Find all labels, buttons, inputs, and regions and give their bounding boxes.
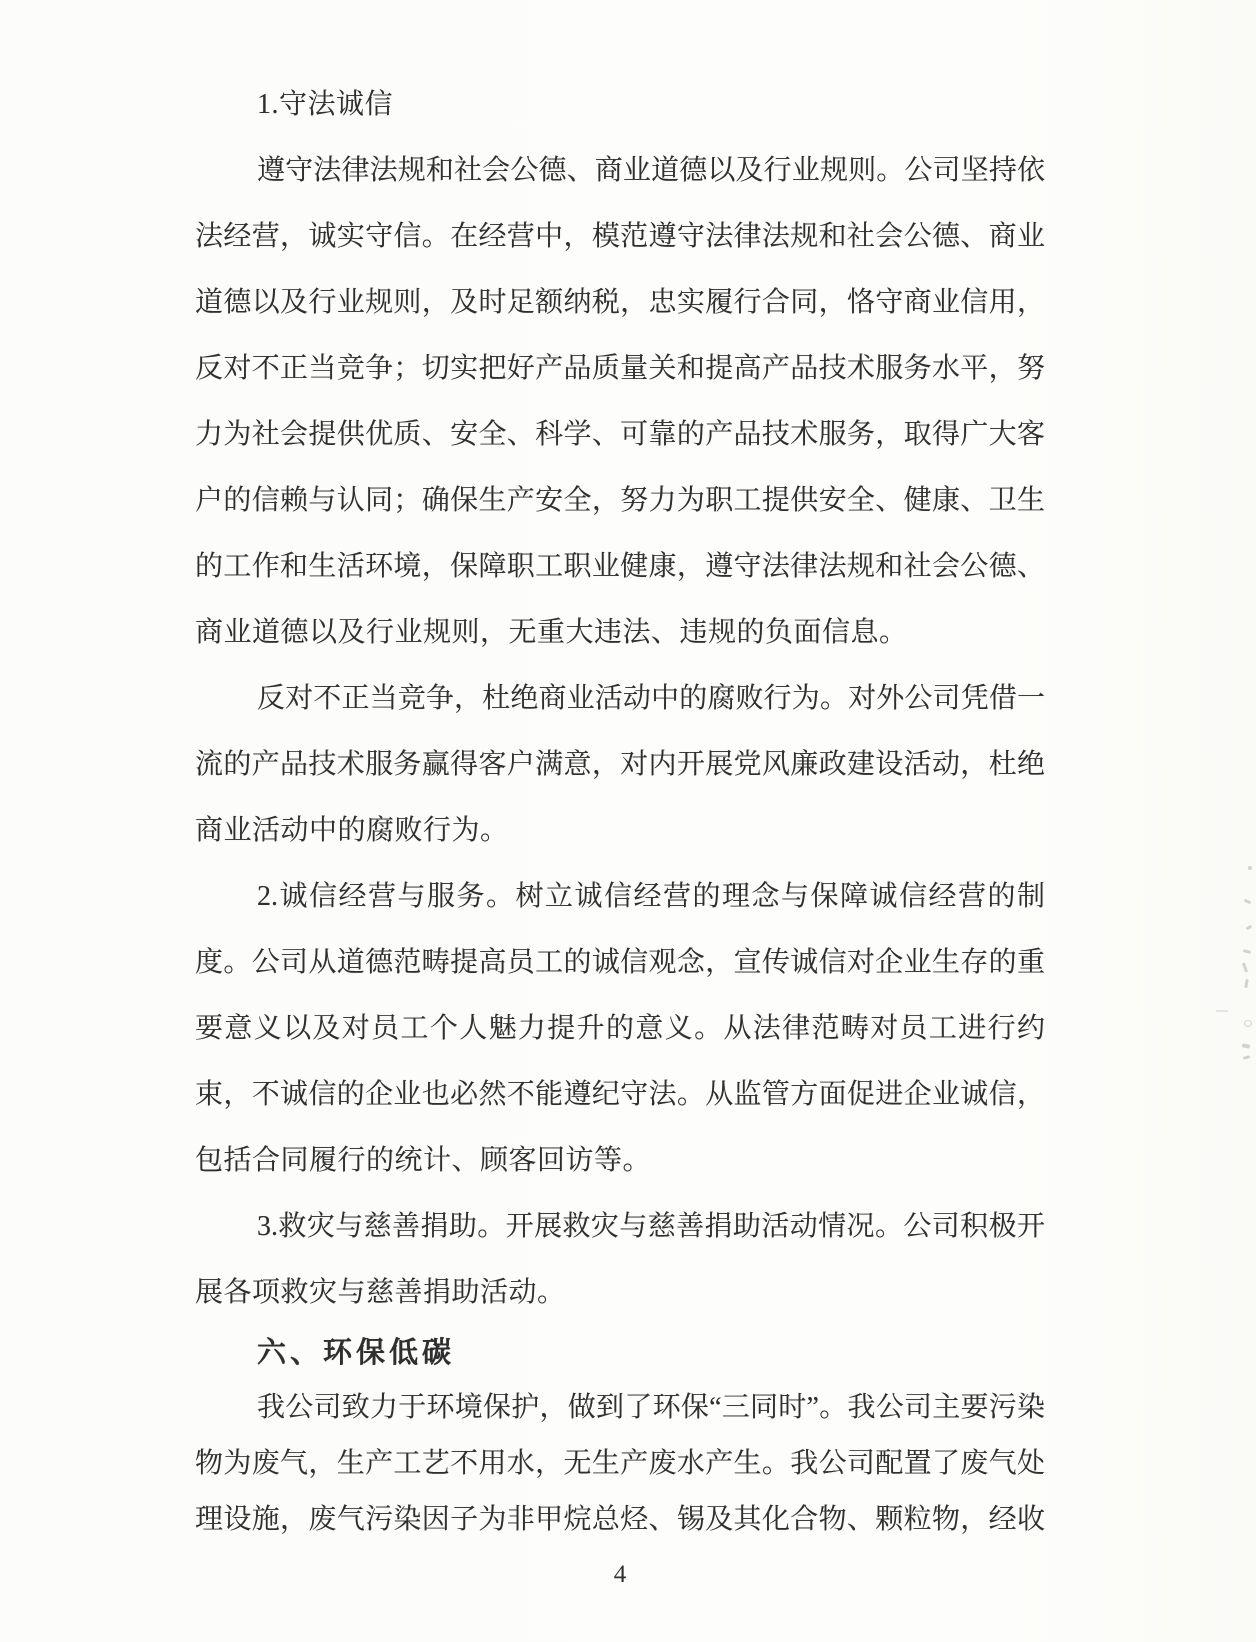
scan-smudge	[1216, 1010, 1228, 1012]
text-line: 力为社会提供优质、安全、科学、可靠的产品技术服务，取得广大客	[195, 402, 1045, 468]
text-line: 遵守法律法规和社会公德、商业道德以及行业规则。公司坚持依	[195, 138, 1045, 204]
text-line: 束，不诚信的企业也必然不能遵纪守法。从监管方面促进企业诚信，	[195, 1062, 1045, 1128]
document-body: 1.守法诚信 遵守法律法规和社会公德、商业道德以及行业规则。公司坚持依 法经营，…	[195, 72, 1045, 1592]
scan-smudge	[1243, 949, 1252, 954]
text-line: 我公司致力于环境保护，做到了环保“三同时”。我公司主要污染	[195, 1380, 1045, 1436]
text-line: 法经营，诚实守信。在经营中，模范遵守法律法规和社会公德、商业	[195, 204, 1045, 270]
scan-smudge	[1246, 925, 1253, 931]
text-line: 包括合同履行的统计、顾客回访等。	[195, 1128, 1045, 1194]
scan-smudge	[1248, 866, 1252, 870]
text-line: 商业活动中的腐败行为。	[195, 798, 1045, 864]
text-line: 道德以及行业规则，及时足额纳税，忠实履行合同，恪守商业信用，	[195, 270, 1045, 336]
text-line: 的工作和生活环境，保障职工职业健康，遵守法律法规和社会公德、	[195, 534, 1045, 600]
document-page: 1.守法诚信 遵守法律法规和社会公德、商业道德以及行业规则。公司坚持依 法经营，…	[0, 0, 1256, 1642]
subheading-line: 1.守法诚信	[195, 72, 1045, 138]
page-number: 4	[195, 1558, 1045, 1592]
scan-smudge	[1244, 899, 1252, 905]
scan-smudge	[1244, 979, 1249, 988]
text-line: 度。公司从道德范畴提高员工的诚信观念，宣传诚信对企业生存的重	[195, 930, 1045, 996]
text-line: 理设施，废气污染因子为非甲烷总烃、锡及其化合物、颗粒物，经收	[195, 1492, 1045, 1548]
text-line: 反对不正当竞争，杜绝商业活动中的腐败行为。对外公司凭借一	[195, 666, 1045, 732]
text-line: 2.诚信经营与服务。树立诚信经营的理念与保障诚信经营的制	[195, 864, 1045, 930]
text-line: 物为废气，生产工艺不用水，无生产废水产生。我公司配置了废气处	[195, 1436, 1045, 1492]
text-line: 流的产品技术服务赢得客户满意，对内开展党风廉政建设活动，杜绝	[195, 732, 1045, 798]
text-line: 反对不正当竞争；切实把好产品质量关和提高产品技术服务水平，努	[195, 336, 1045, 402]
text-line: 3.救灾与慈善捐助。开展救灾与慈善捐助活动情况。公司积极开	[195, 1194, 1045, 1260]
scan-smudge	[1244, 1020, 1252, 1027]
text-line: 商业道德以及行业规则，无重大违法、违规的负面信息。	[195, 600, 1045, 666]
scan-smudge	[1243, 1055, 1251, 1060]
text-line: 要意义以及对员工个人魅力提升的意义。从法律范畴对员工进行约	[195, 996, 1045, 1062]
scan-smudge	[1242, 1043, 1251, 1048]
text-line: 户的信赖与认同；确保生产安全，努力为职工提供安全、健康、卫生	[195, 468, 1045, 534]
text-line: 展各项救灾与慈善捐助活动。	[195, 1260, 1045, 1326]
scan-smudge	[1242, 962, 1248, 972]
section-heading-line: 六、环保低碳	[195, 1326, 1045, 1380]
